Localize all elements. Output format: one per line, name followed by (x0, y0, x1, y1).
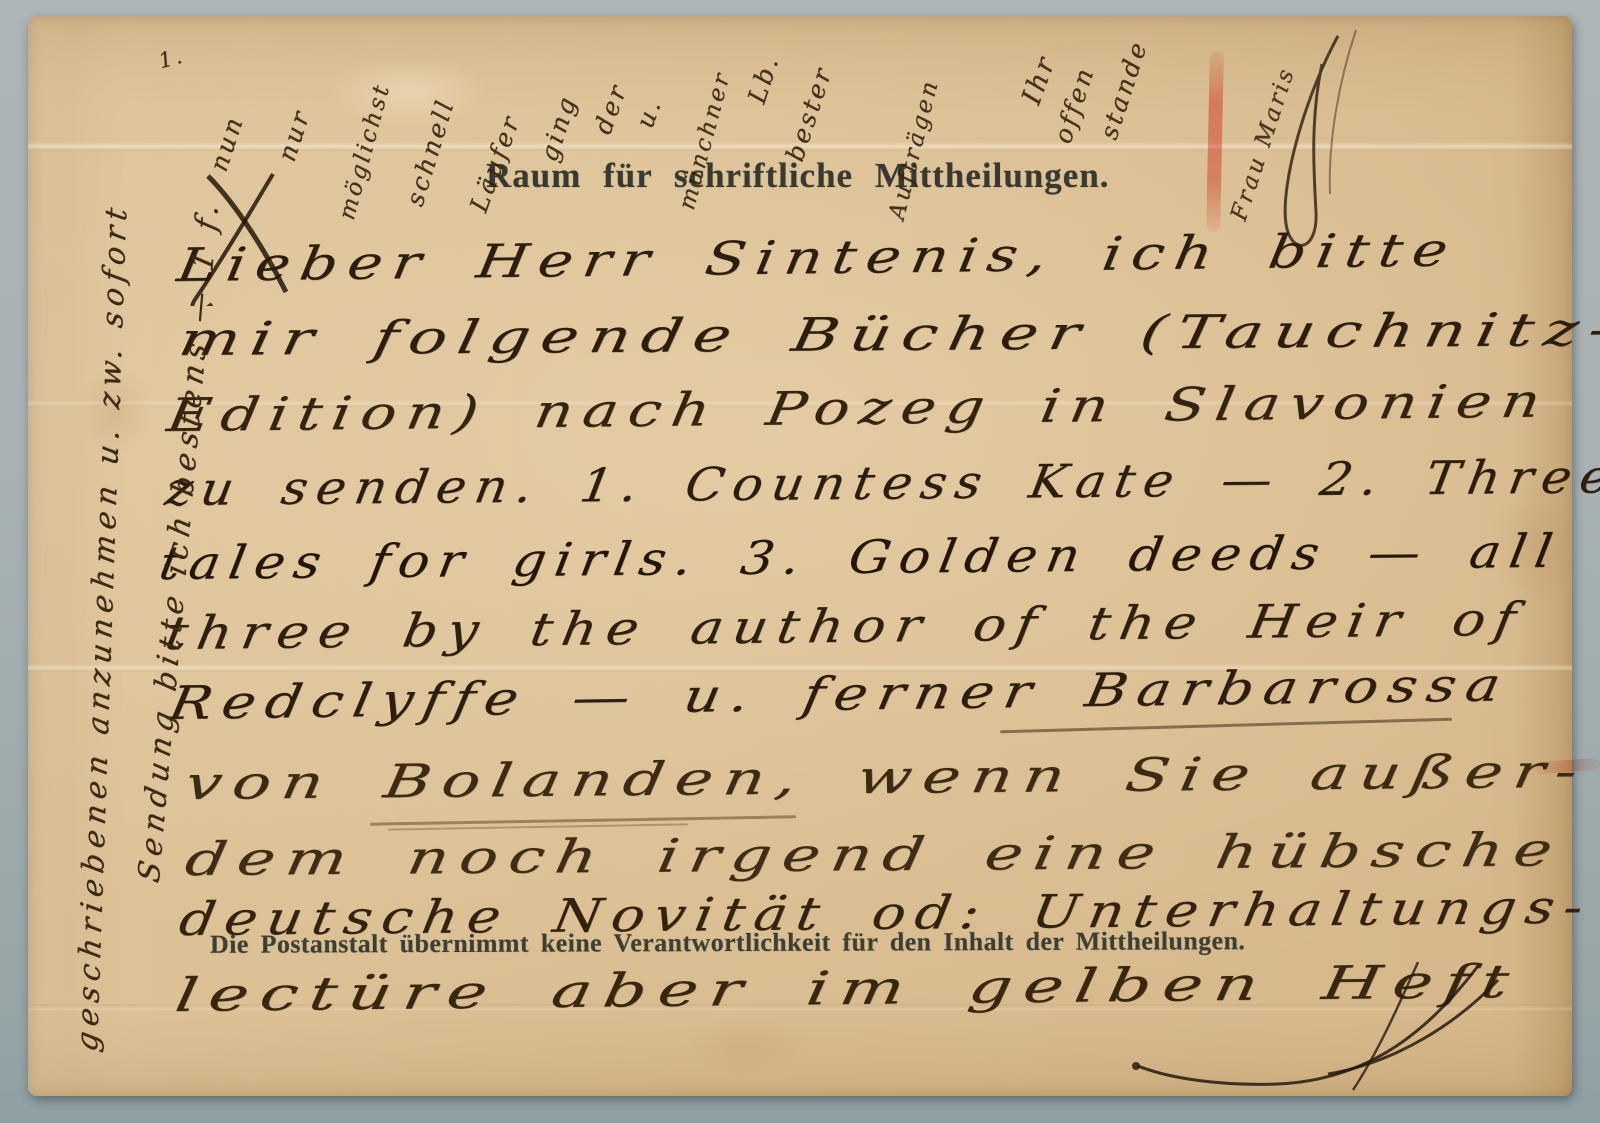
margin-note-top: der (588, 79, 633, 138)
margin-note-top: nun (204, 111, 249, 174)
margin-note-top: Lb. (742, 51, 785, 107)
handwritten-line: dem noch irgend eine hübsche (181, 822, 1567, 886)
margin-note-top: Ihr (1016, 51, 1062, 109)
margin-note-top: stande (1094, 36, 1153, 143)
ink-underline-barbarossa (1000, 718, 1452, 734)
margin-note-top: nur (272, 105, 316, 165)
handwritten-line: Lieber Herr Sintenis, ich bitte (174, 222, 1462, 292)
margin-note-top: bester (780, 62, 838, 165)
handwritten-line: lectüre aber im gelben Heft (172, 954, 1525, 1022)
handwritten-line: von Bolanden, wenn Sie außer- (181, 744, 1592, 810)
paper-stain (688, 1016, 808, 1076)
handwritten-line: deutsche Novität od: Unterhaltungs- (175, 880, 1596, 946)
handwritten-line: mir folgende Bücher (Tauchnitz- (175, 302, 1600, 366)
margin-note-top: schnell (400, 95, 460, 209)
margin-note-left: geschriebenen anzunehmen u. zw. sofort (70, 199, 134, 1054)
margin-note-top: möglichst (334, 80, 396, 223)
ink-underline-bolanden (370, 815, 796, 825)
margin-note-top: 1. (156, 43, 187, 73)
handwritten-line: three by the author of the Heir of (162, 592, 1529, 660)
postcard: Raum für schriftliche Mittheilungen. Die… (28, 16, 1572, 1096)
margin-note-top: Aufträgen (884, 76, 944, 222)
handwritten-line: zu senden. 1. Countess Kate — 2. Three (161, 449, 1600, 516)
handwritten-line: tales for girls. 3. Golden deeds — all (155, 524, 1565, 590)
scanned-postcard-image: { "colors": { "scan_background": "#a7b1b… (0, 0, 1600, 1123)
margin-note-top: Frau Maris (1226, 64, 1300, 224)
paper-stain (328, 56, 488, 126)
handwritten-line: Edition) nach Pozeg in Slavonien (164, 373, 1555, 442)
handwritten-line: Redclyffe — u. ferner Barbarossa (165, 657, 1514, 730)
margin-note-top: ging (534, 91, 583, 165)
red-crayon-mark (1206, 52, 1224, 232)
margin-note-top: u. (630, 94, 668, 132)
